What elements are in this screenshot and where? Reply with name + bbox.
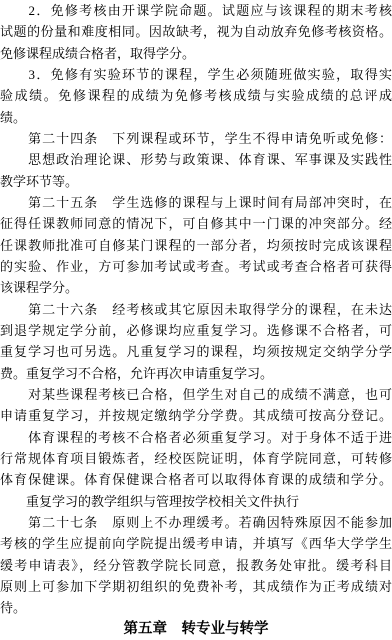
text-line: 缓考申请表》，经分管教学院长同意，报教务处审批。缓考科目 [0,555,392,576]
text-line-article-24: 第二十四条 下列课程或环节，学生不得申请免听或免修： [0,128,392,149]
text-line: 绩。 [0,107,392,128]
text-line: 的实验、作业，方可参加考试或考查。考试或考查合格者可获得 [0,256,392,277]
text-line: 征得任课教师同意的情况下，可自修其中一门课的冲突部分。经 [0,213,392,234]
text-line: 待。 [0,597,392,618]
text-line: 任课教师批准可自修某门课程的一部分者，均须按时完成该课程 [0,235,392,256]
text-line: 体育课程的考核不合格者必须重复学习。对于身体不适于进 [0,427,392,448]
text-line: 重复学习也可另选。凡重复学习的课程，均须按规定交纳学分学 [0,341,392,362]
text-line: 免修课程成绩合格者，取得学分。 [0,43,392,64]
text-line: 申请重复学习，并按规定缴纳学分学费。其成绩可按高分登记。 [0,405,392,426]
text-line-article-27: 第二十七条 原则上不办理缓考。若确因特殊原因不能参加 [0,512,392,533]
text-line: 体育保健课。体育保健课合格者可以取得体育课的成绩和学分。 [0,469,392,490]
text-line: 行常规体育项目锻炼者，经校医院证明，体育学院同意，可转修 [0,448,392,469]
text-line: 试题的份量和难度相同。因故缺考，视为自动放弃免修考核资格。 [0,21,392,42]
text-line: 考核的学生应提前向学院提出缓考申请，并填写《西华大学学生 [0,533,392,554]
text-line: 该课程学分。 [0,277,392,298]
text-line: 原则上可参加下学期初组织的免费补考，其成绩作为正考成绩对 [0,576,392,597]
text-line: 教学环节等。 [0,171,392,192]
text-line: 费。重复学习不合格，允许再次申请重复学习。 [0,363,392,384]
text-line-article-25: 第二十五条 学生选修的课程与上课时间有局部冲突时，在 [0,192,392,213]
document-page: 2．免修考核由开课学院命题。试题应与该课程的期末考核 试题的份量和难度相同。因故… [0,0,392,640]
text-line: 3．免修有实验环节的课程，学生必须随班做实验，取得实 [0,64,392,85]
text-line: 思想政治理论课、形势与政策课、体育课、军事课及实践性 [0,149,392,170]
text-line: 到退学规定学分前，必修课均应重复学习。选修课不合格者，可 [0,320,392,341]
text-line: 验成绩。免修课程的成绩为免修考核成绩与实验成绩的总评成 [0,85,392,106]
text-line: 2．免修考核由开课学院命题。试题应与该课程的期末考核 [0,0,392,21]
text-line-article-26: 第二十六条 经考核或其它原因未取得学分的课程，在未达 [0,299,392,320]
chapter-heading: 第五章 转专业与转学 [0,619,392,640]
text-line: 对某些课程考核已合格，但学生对自己的成绩不满意，也可 [0,384,392,405]
text-line: 重复学习的教学组织与管理按学校相关文件执行 [0,491,392,512]
